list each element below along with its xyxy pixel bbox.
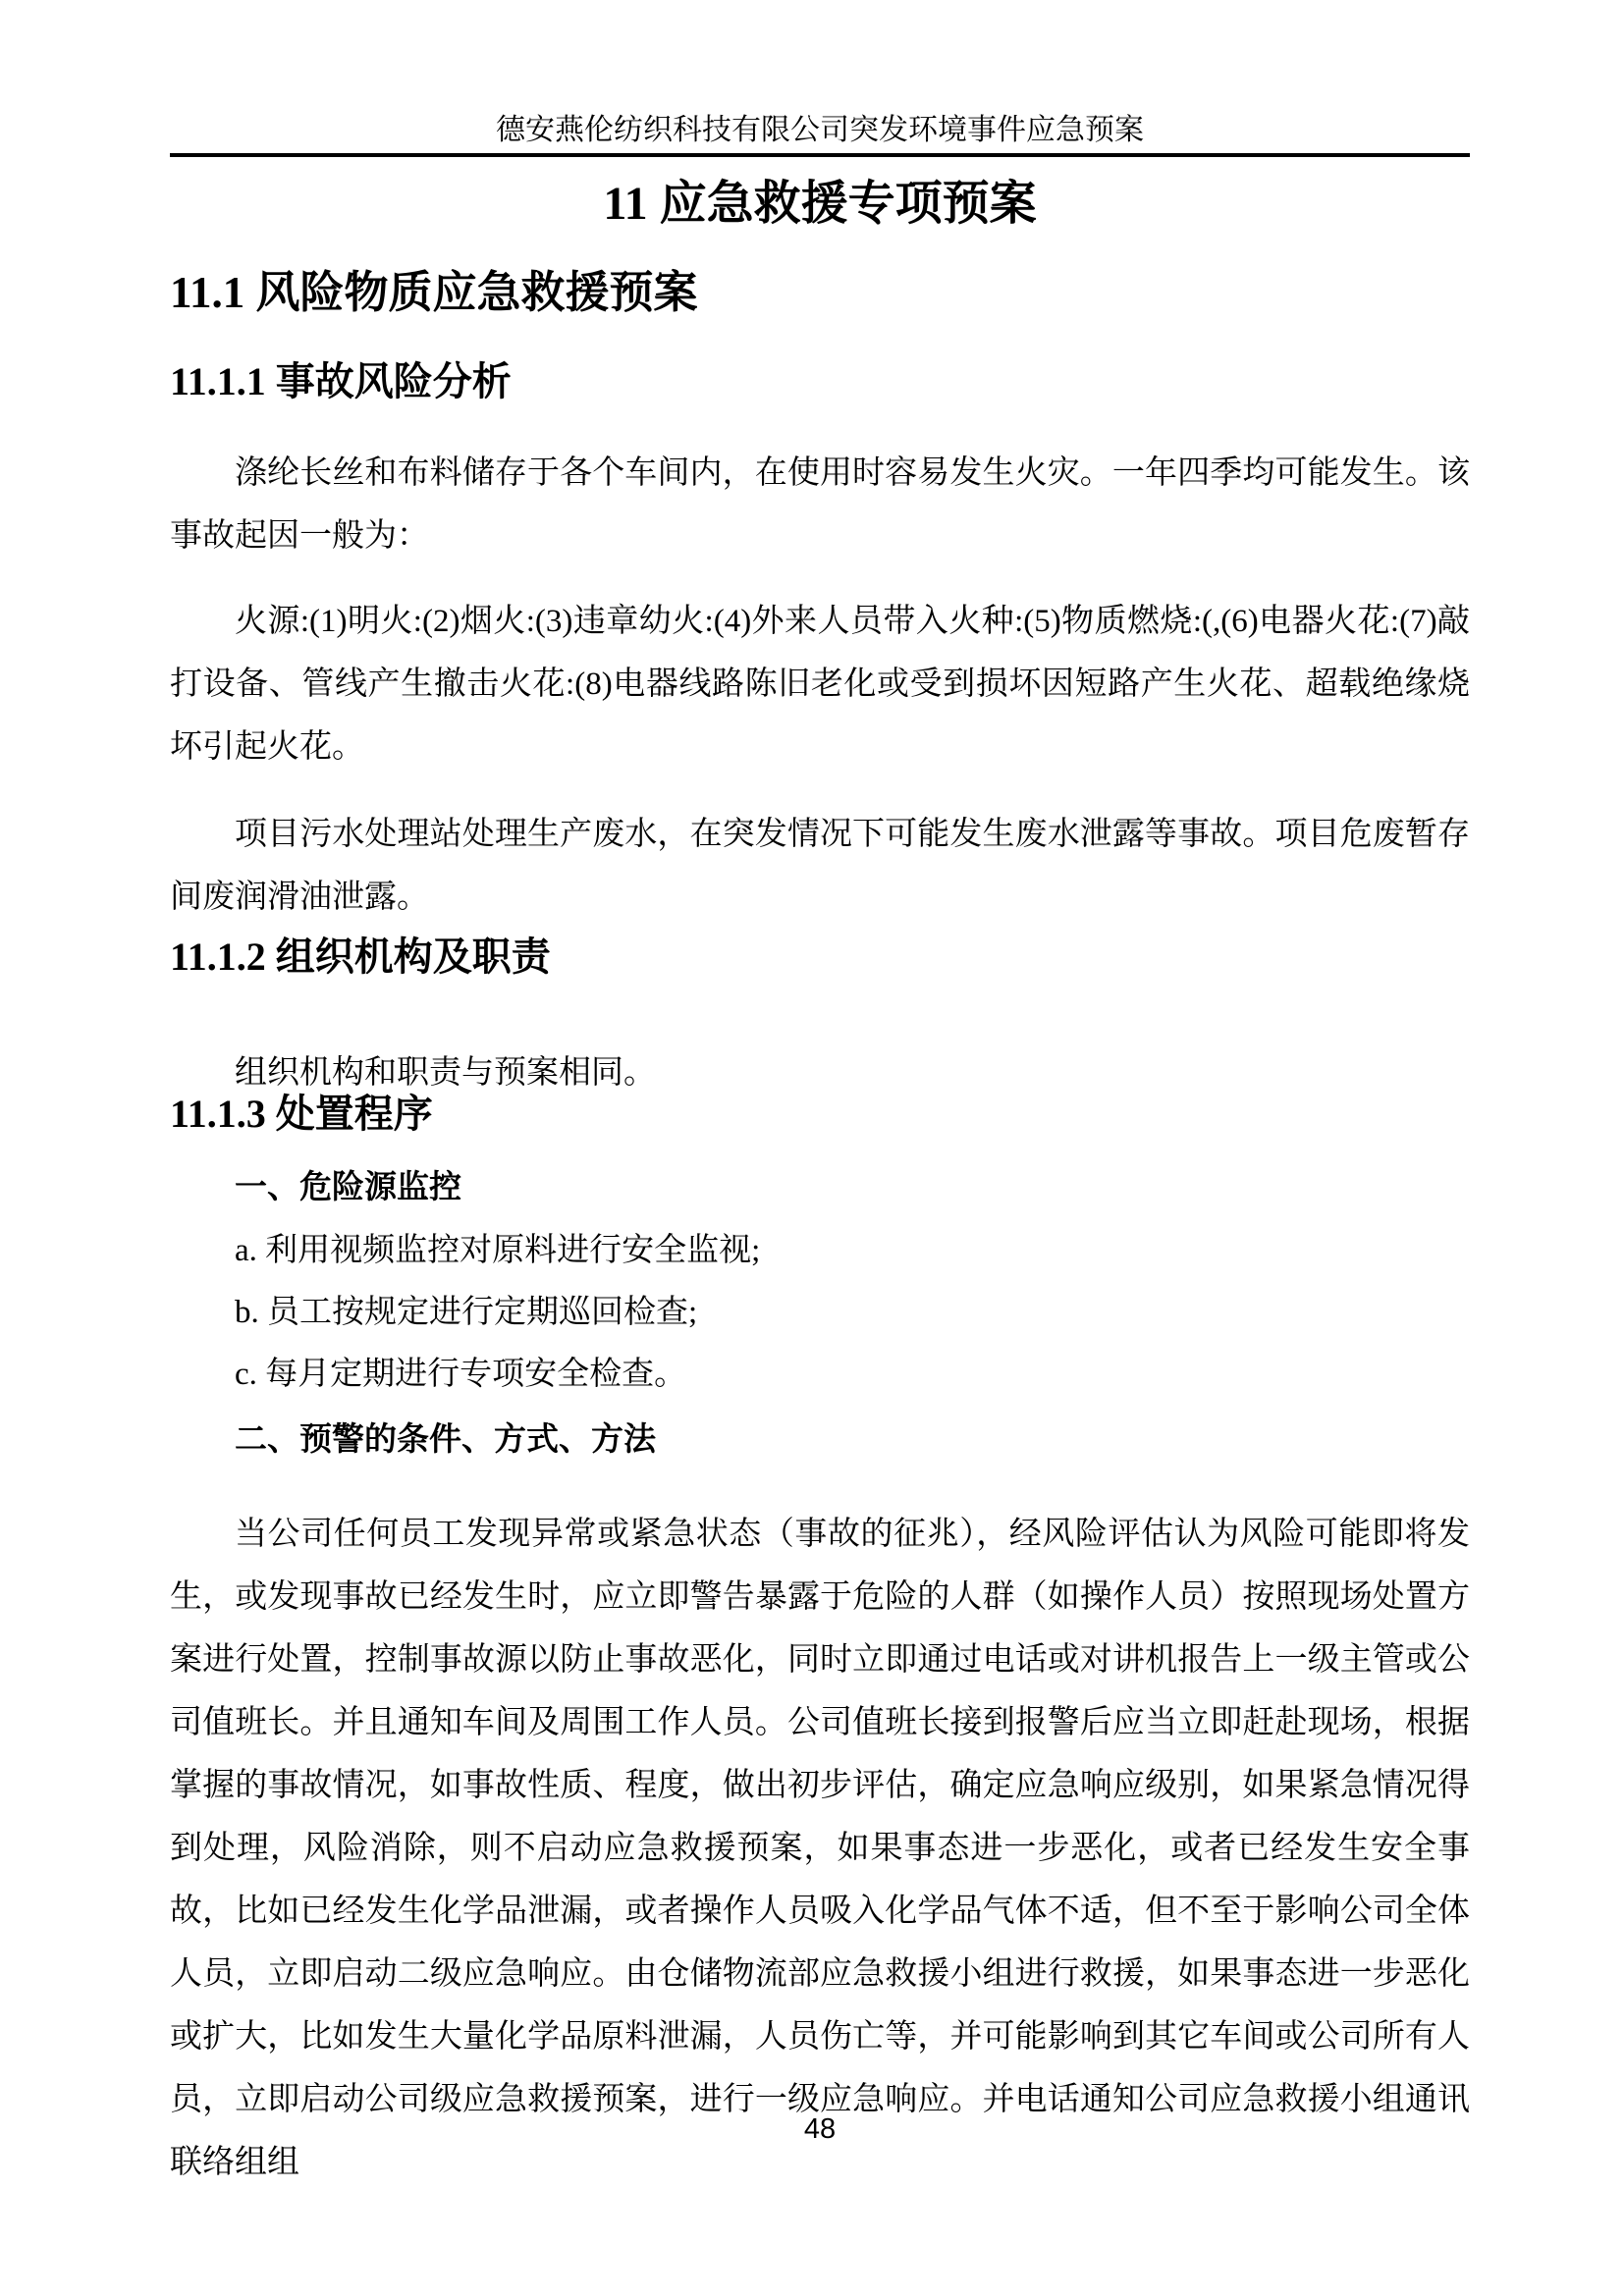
section-heading-11-1-1: 11.1.1 事故风险分析	[170, 355, 1470, 408]
paragraph-warning-procedure: 当公司任何员工发现异常或紧急状态（事故的征兆），经风险评估认为风险可能即将发生，…	[170, 1503, 1470, 2194]
section-heading-11-1: 11.1 风险物质应急救援预案	[170, 263, 1470, 322]
header-title: 德安燕伦纺织科技有限公司突发环境事件应急预案	[496, 114, 1144, 146]
list-heading-hazard-monitoring: 一、危险源监控	[170, 1156, 1470, 1219]
document-title: 11 应急救援专项预案	[170, 173, 1470, 236]
list-item-b: b. 员工按规定进行定期巡回检查;	[170, 1281, 1470, 1344]
document-page: 德安燕伦纺织科技有限公司突发环境事件应急预案 11 应急救援专项预案 11.1 …	[0, 0, 1624, 2296]
page-footer: 48	[170, 2110, 1470, 2148]
paragraph-wastewater-risk: 项目污水处理站处理生产废水，在突发情况下可能发生废水泄露等事故。项目危废暂存间废…	[170, 803, 1470, 929]
paragraph-fire-sources: 火源:(1)明火:(2)烟火:(3)违章幼火:(4)外来人员带入火种:(5)物质…	[170, 590, 1470, 778]
list-item-c: c. 每月定期进行专项安全检查。	[170, 1343, 1470, 1406]
header-divider	[170, 153, 1470, 157]
page-header: 德安燕伦纺织科技有限公司突发环境事件应急预案	[170, 111, 1470, 150]
section-heading-11-1-3: 11.1.3 处置程序	[170, 1088, 1470, 1141]
list-item-a: a. 利用视频监控对原料进行安全监视;	[170, 1219, 1470, 1282]
section-heading-11-1-2: 11.1.2 组织机构及职责	[170, 931, 1470, 984]
page-number: 48	[804, 2113, 836, 2145]
list-heading-warning-conditions: 二、预警的条件、方式、方法	[170, 1409, 1470, 1471]
paragraph-storage-risk: 涤纶长丝和布料储存于各个车间内，在使用时容易发生火灾。一年四季均可能发生。该事故…	[170, 442, 1470, 567]
